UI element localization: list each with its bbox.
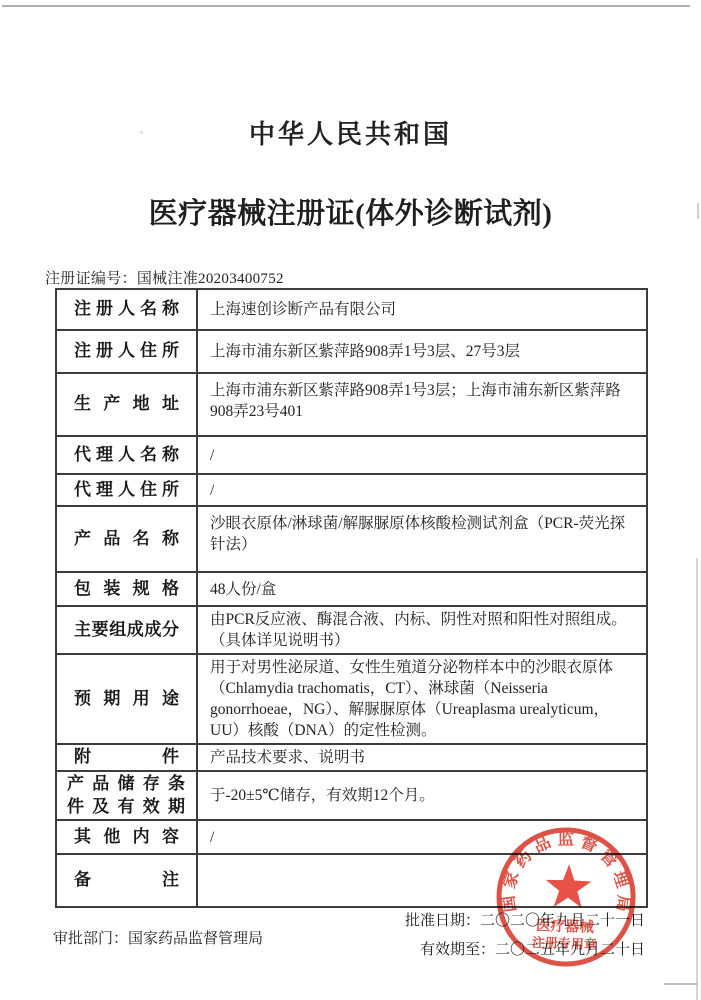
scan-artifact-corner: [664, 983, 698, 985]
approval-department-label: 审批部门：: [53, 931, 128, 947]
row-label: 代理人名称: [56, 436, 197, 474]
row-value: 上海市浦东新区紫萍路908弄1号3层、27号3层: [197, 330, 647, 373]
table-row-intended-use: 预期用途 用于对男性泌尿道、女性生殖道分泌物样本中的沙眼衣原体（Chlamydi…: [56, 654, 647, 744]
table-row-main-components: 主要组成成分 由PCR反应液、酶混合液、内标、阴性对照和阳性对照组成。（具体详见…: [56, 606, 647, 654]
approval-department-value: 国家药品监督管理局: [128, 931, 263, 947]
seal-center-text-1: 医疗器械: [536, 916, 595, 936]
table-row-packaging-spec: 包装规格 48人份/盒: [56, 572, 647, 606]
table-row-agent-address: 代理人住所 /: [56, 474, 647, 506]
row-label: 注册人名称: [56, 289, 197, 330]
row-value: 上海速创诊断产品有限公司: [197, 289, 647, 330]
row-value: 产品技术要求、说明书: [197, 744, 647, 771]
certificate-number-label: 注册证编号：: [45, 271, 137, 287]
row-label: 预期用途: [56, 654, 197, 744]
table-row-storage-validity: 产品储存条 件及有效期 于-20±5℃储存，有效期12个月。: [56, 771, 647, 820]
certificate-title: 医疗器械注册证(体外诊断试剂): [0, 191, 701, 232]
row-label: 其他内容: [56, 820, 197, 854]
nmpa-official-seal: 国家药品监督管理局 医疗器械 注册专用章: [483, 816, 648, 981]
certificate-number-value: 国械注准20203400752: [137, 271, 284, 287]
table-row-production-address: 生产地址 上海市浦东新区紫萍路908弄1号3层；上海市浦东新区紫萍路908弄23…: [56, 373, 647, 436]
table-row-agent-name: 代理人名称 /: [56, 436, 647, 474]
table-row-product-name: 产品名称 沙眼衣原体/淋球菌/解脲脲原体核酸检测试剂盒（PCR-荧光探针法）: [56, 506, 647, 572]
certificate-page: 中华人民共和国 医疗器械注册证(体外诊断试剂) 注册证编号：国械注准202034…: [0, 0, 701, 1000]
row-value: 48人份/盒: [197, 572, 647, 606]
scan-artifact-right-edge: [696, 558, 698, 1000]
seal-center-text-2: 注册专用章: [532, 935, 597, 952]
table-row-attachments: 附件 产品技术要求、说明书: [56, 744, 647, 771]
row-label: 主要组成成分: [56, 606, 197, 654]
row-value: /: [197, 474, 647, 506]
row-value: 沙眼衣原体/淋球菌/解脲脲原体核酸检测试剂盒（PCR-荧光探针法）: [197, 506, 647, 572]
certificate-table: 注册人名称 上海速创诊断产品有限公司 注册人住所 上海市浦东新区紫萍路908弄1…: [55, 288, 648, 908]
table-row-registrant-name: 注册人名称 上海速创诊断产品有限公司: [56, 289, 647, 330]
row-label: 代理人住所: [56, 474, 197, 506]
row-label: 产品名称: [56, 506, 197, 572]
approval-date-label: 批准日期：: [405, 913, 480, 929]
table-row-registrant-address: 注册人住所 上海市浦东新区紫萍路908弄1号3层、27号3层: [56, 330, 647, 373]
scan-artifact-top-edge: [2, 5, 690, 7]
row-value: 用于对男性泌尿道、女性生殖道分泌物样本中的沙眼衣原体（Chlamydia tra…: [197, 654, 647, 744]
seal-graphic: 国家药品监督管理局 医疗器械 注册专用章: [483, 816, 648, 981]
row-label: 注册人住所: [56, 330, 197, 373]
row-label: 生产地址: [56, 373, 197, 436]
row-value: 上海市浦东新区紫萍路908弄1号3层；上海市浦东新区紫萍路908弄23号401: [197, 373, 647, 436]
row-label: 附件: [56, 744, 197, 771]
certificate-number-line: 注册证编号：国械注准20203400752: [45, 267, 284, 288]
row-value: 由PCR反应液、酶混合液、内标、阴性对照和阳性对照组成。（具体详见说明书）: [197, 606, 647, 654]
row-label: 备注: [56, 854, 197, 907]
row-value: /: [197, 436, 647, 474]
row-value: 于-20±5℃储存，有效期12个月。: [197, 771, 647, 820]
red-star-icon: [545, 863, 592, 908]
country-title: 中华人民共和国: [0, 114, 701, 151]
approval-department-line: 审批部门：国家药品监督管理局: [53, 927, 263, 948]
row-label: 产品储存条 件及有效期: [56, 771, 197, 820]
row-label: 包装规格: [56, 572, 197, 606]
